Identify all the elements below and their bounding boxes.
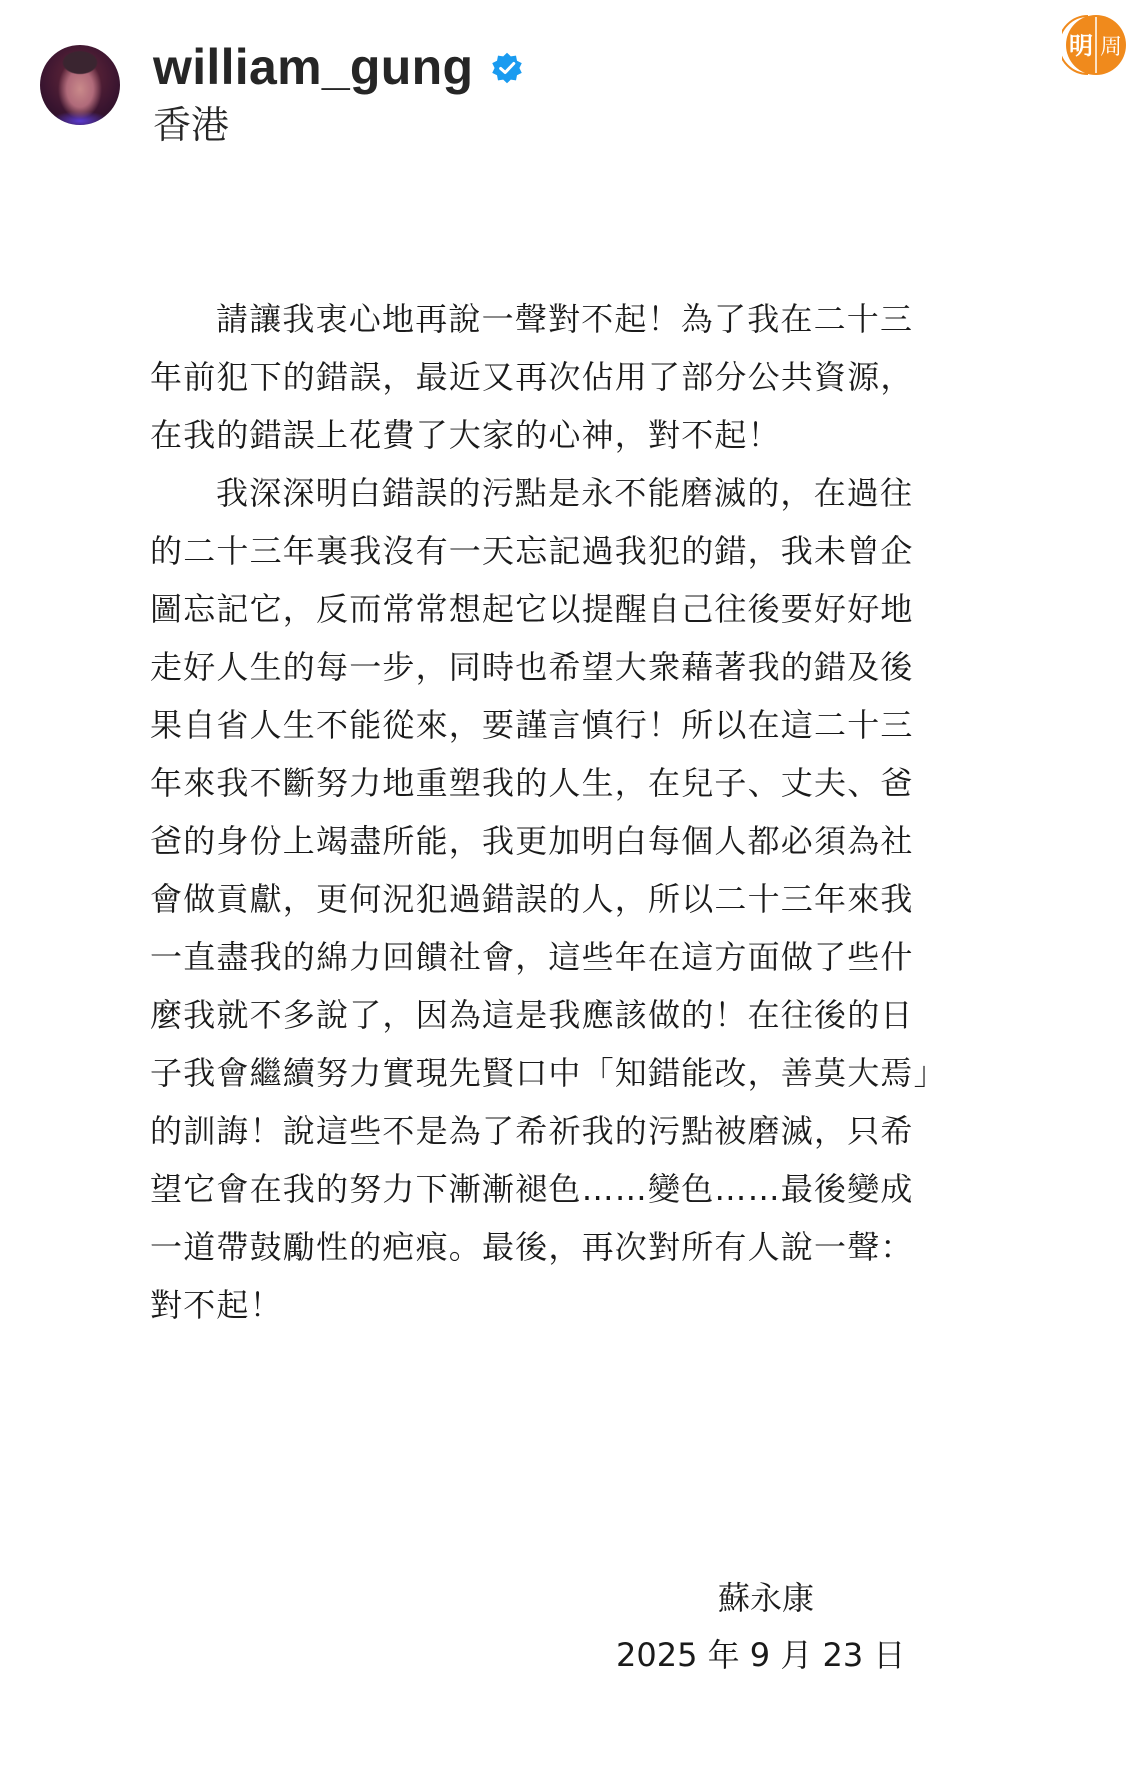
logo-left-char: 明 bbox=[1069, 32, 1093, 60]
letter-line: 年來我不斷努力地重塑我的人生，在兒子、丈夫、爸 bbox=[150, 754, 930, 812]
letter-line: 在我的錯誤上花費了大家的心神，對不起！ bbox=[150, 406, 930, 464]
letter-line: 圖忘記它，反而常常想起它以提醒自己往後要好好地 bbox=[150, 580, 930, 638]
username[interactable]: william_gung bbox=[153, 40, 473, 94]
post-header: william_gung 香港 bbox=[40, 40, 525, 148]
letter-line: 我深深明白錯誤的污點是永不能磨滅的，在過往 bbox=[150, 464, 930, 522]
letter-line: 子我會繼續努力實現先賢口中「知錯能改，善莫大焉」 bbox=[150, 1044, 930, 1102]
letter-line: 爸的身份上竭盡所能，我更加明白每個人都必須為社 bbox=[150, 812, 930, 870]
letter-line: 的訓誨！說這些不是為了希祈我的污點被磨滅，只希 bbox=[150, 1102, 930, 1160]
apology-letter: 請讓我衷心地再說一聲對不起！為了我在二十三 年前犯下的錯誤，最近又再次佔用了部分… bbox=[150, 290, 930, 1334]
ming-pao-weekly-logo-icon: 明 周 bbox=[1062, 12, 1128, 78]
letter-line: 望它會在我的努力下漸漸褪色……變色……最後變成 bbox=[150, 1160, 930, 1218]
letter-line: 麼我就不多說了，因為這是我應該做的！在往後的日 bbox=[150, 986, 930, 1044]
letter-line: 的二十三年裏我沒有一天忘記過我犯的錯，我未曾企 bbox=[150, 522, 930, 580]
letter-line: 走好人生的每一步，同時也希望大衆藉著我的錯及後 bbox=[150, 638, 930, 696]
letter-line: 一直盡我的綿力回饋社會，這些年在這方面做了些什 bbox=[150, 928, 930, 986]
letter-line: 一道帶鼓勵性的疤痕。最後，再次對所有人說一聲： bbox=[150, 1218, 930, 1276]
signature-date: 2025 年 9 月 23 日 bbox=[616, 1635, 905, 1675]
verified-badge-icon bbox=[489, 50, 525, 86]
letter-line: 請讓我衷心地再說一聲對不起！為了我在二十三 bbox=[150, 290, 930, 348]
logo-right-char: 周 bbox=[1100, 35, 1122, 60]
signature-name: 蘇永康 bbox=[718, 1578, 814, 1618]
location-label[interactable]: 香港 bbox=[153, 102, 525, 148]
letter-line: 對不起！ bbox=[150, 1276, 930, 1334]
username-row: william_gung bbox=[153, 40, 525, 94]
letter-line: 果自省人生不能從來，要謹言慎行！所以在這二十三 bbox=[150, 696, 930, 754]
user-info: william_gung 香港 bbox=[153, 40, 525, 148]
letter-line: 會做貢獻，更何況犯過錯誤的人，所以二十三年來我 bbox=[150, 870, 930, 928]
letter-line: 年前犯下的錯誤，最近又再次佔用了部分公共資源， bbox=[150, 348, 930, 406]
avatar[interactable] bbox=[40, 45, 120, 125]
